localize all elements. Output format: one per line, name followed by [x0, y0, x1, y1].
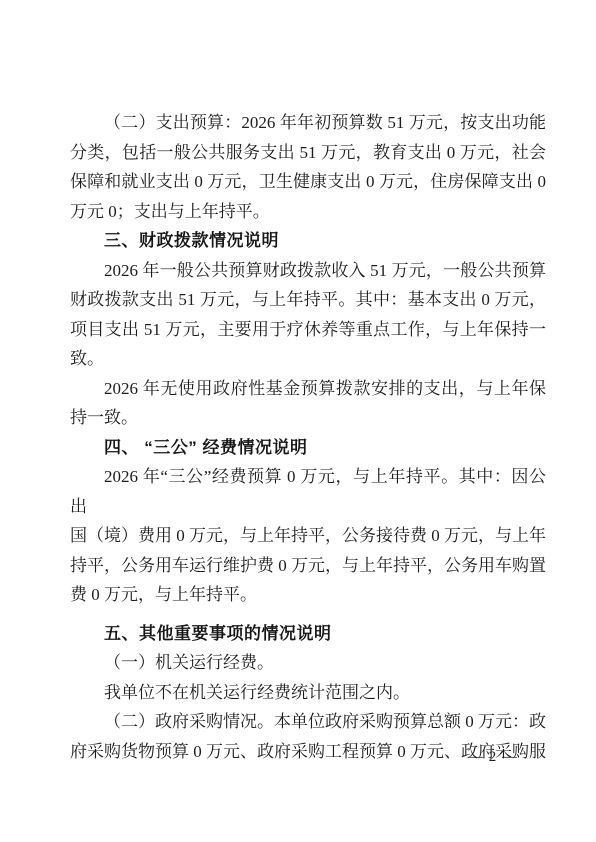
body-line: （一）机关运行经费。	[70, 648, 546, 678]
page-number: — 2 —	[70, 747, 518, 767]
body-line: 保障和就业支出 0 万元，卫生健康支出 0 万元，住房保障支出 0	[70, 167, 546, 197]
body-line: 我单位不在机关运行经费统计范围之内。	[70, 678, 546, 708]
body-line: 致。	[70, 344, 546, 374]
section-heading-three-public-expenses: 四、 “三公” 经费情况说明	[70, 433, 546, 463]
body-line: 项目支出 51 万元，主要用于疗休养等重点工作，与上年保持一	[70, 315, 546, 345]
body-line: 持平，公务用车运行维护费 0 万元，与上年持平，公务用车购置	[70, 551, 546, 581]
body-line: 万元 0；支出与上年持平。	[70, 197, 546, 227]
document-page: （二）支出预算：2026 年年初预算数 51 万元，按支出功能 分类，包括一般公…	[0, 0, 596, 842]
body-line: 费 0 万元，与上年持平。	[70, 580, 546, 610]
body-line: 分类，包括一般公共服务支出 51 万元，教育支出 0 万元，社会	[70, 138, 546, 168]
body-line: （二）支出预算：2026 年年初预算数 51 万元，按支出功能	[70, 108, 546, 138]
body-line: 2026 年无使用政府性基金预算拨款安排的支出，与上年保	[70, 374, 546, 404]
document-body: （二）支出预算：2026 年年初预算数 51 万元，按支出功能 分类，包括一般公…	[70, 108, 546, 766]
section-heading-fiscal-appropriation: 三、财政拨款情况说明	[70, 226, 546, 256]
body-line: （二）政府采购情况。本单位政府采购预算总额 0 万元：政	[70, 707, 546, 737]
body-line: 国（境）费用 0 万元，与上年持平，公务接待费 0 万元，与上年	[70, 521, 546, 551]
body-line: 2026 年“三公”经费预算 0 万元，与上年持平。其中：因公出	[70, 462, 546, 521]
section-heading-other-important-matters: 五、其他重要事项的情况说明	[70, 619, 546, 649]
body-line: 2026 年一般公共预算财政拨款收入 51 万元，一般公共预算	[70, 256, 546, 286]
body-line: 持一致。	[70, 403, 546, 433]
body-line: 财政拨款支出 51 万元，与上年持平。其中：基本支出 0 万元，	[70, 285, 546, 315]
